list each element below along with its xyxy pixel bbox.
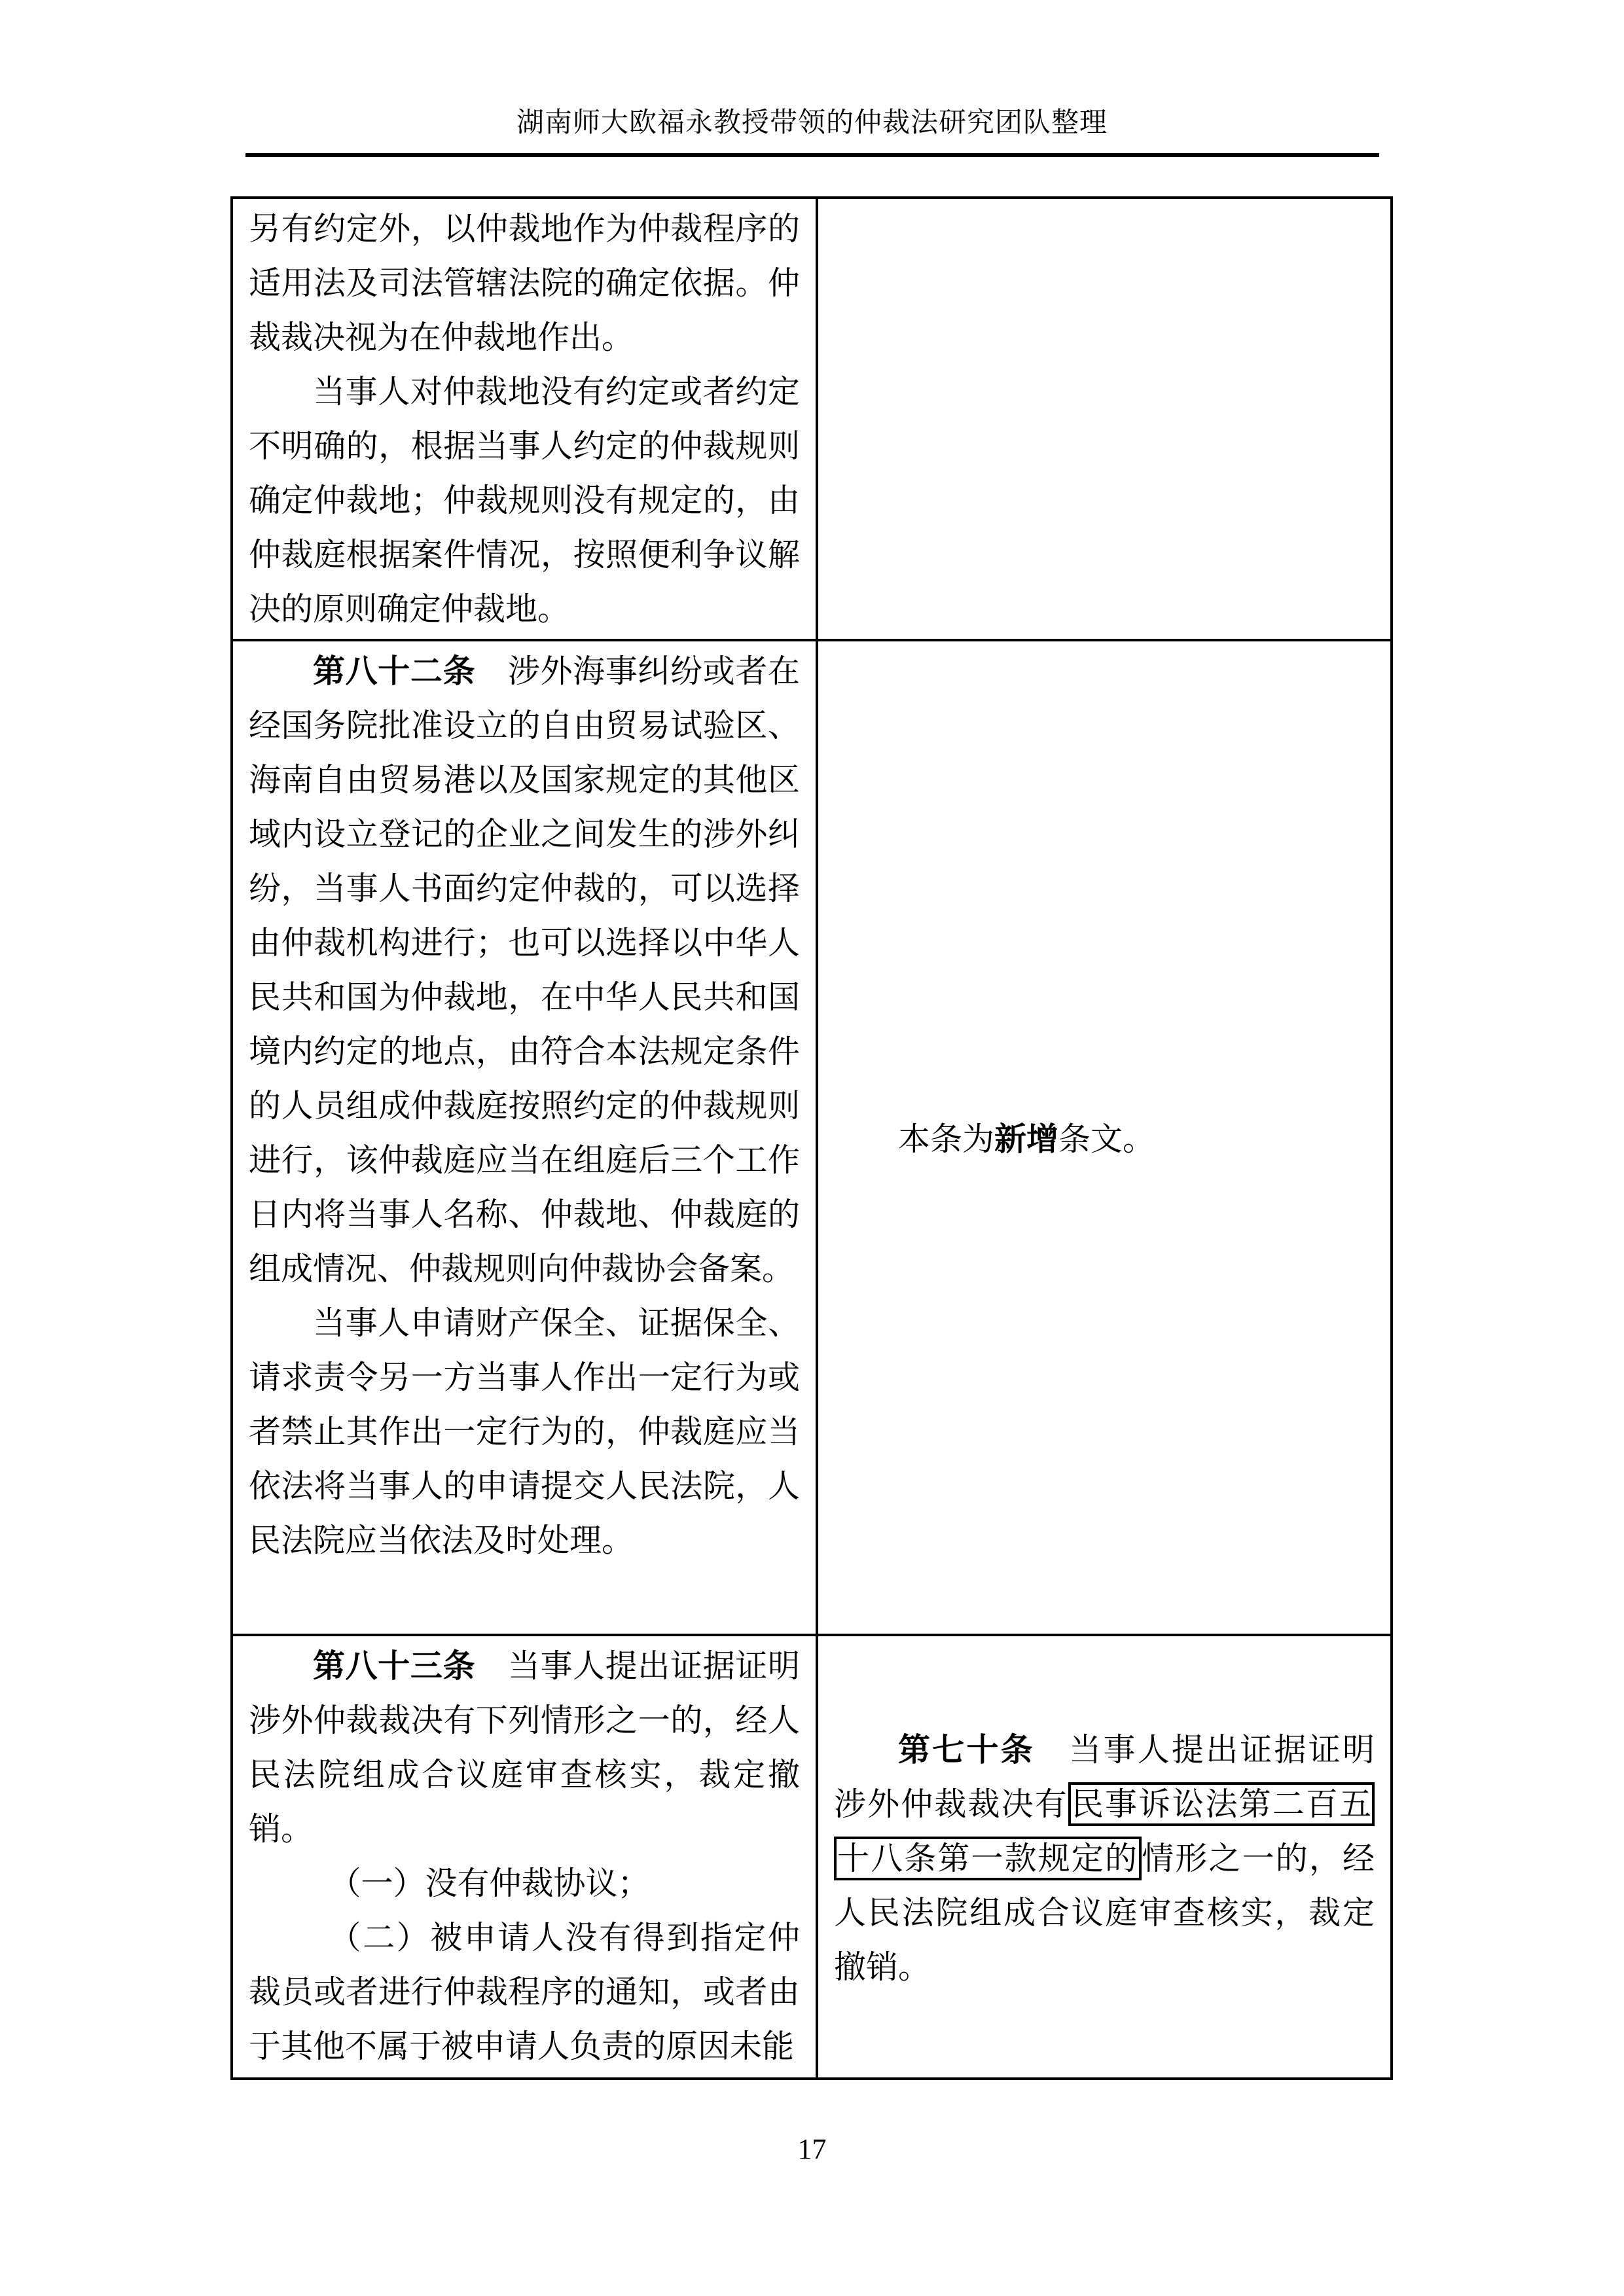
cell-row3-right: 第七十条 当事人提出证据证明涉外仲裁裁决有民事诉讼法第二百五十八条第一款规定的情… xyxy=(818,1636,1390,2077)
paragraph: 第八十二条 涉外海事纠纷或者在经国务院批准设立的自由贸易试验区、海南自由贸易港以… xyxy=(249,644,800,1296)
header-title: 湖南师大欧福永教授带领的仲裁法研究团队整理 xyxy=(0,103,1624,143)
article-number-bold: 第八十三条 xyxy=(313,1648,475,1684)
text-run: 本条为 xyxy=(898,1121,994,1157)
paragraph: 当事人申请财产保全、证据保全、请求责令另一方当事人作出一定行为或者禁止其作出一定… xyxy=(249,1296,800,1568)
text-run: （二）被申请人没有得到指定仲裁员或者进行仲裁程序的通知，或者由于其他不属于被申请… xyxy=(249,1920,800,2064)
cell-row1-left: 另有约定外，以仲裁地作为仲裁程序的适用法及司法管辖法院的确定依据。仲裁裁决视为在… xyxy=(233,199,818,641)
cell-row2-left: 第八十二条 涉外海事纠纷或者在经国务院批准设立的自由贸易试验区、海南自由贸易港以… xyxy=(233,641,818,1636)
paragraph: （二）被申请人没有得到指定仲裁员或者进行仲裁程序的通知，或者由于其他不属于被申请… xyxy=(249,1910,800,2073)
paragraph: （一）没有仲裁协议； xyxy=(249,1856,800,1910)
paragraph: 第八十三条 当事人提出证据证明涉外仲裁裁决有下列情形之一的，经人民法院组成合议庭… xyxy=(249,1639,800,1856)
article-number-bold: 第七十条 xyxy=(898,1732,1035,1768)
cell-row1-right xyxy=(818,199,1390,641)
text-run: 当事人对仲裁地没有约定或者约定不明确的，根据当事人约定的仲裁规则确定仲裁地；仲裁… xyxy=(249,374,800,627)
cell-row3-left: 第八十三条 当事人提出证据证明涉外仲裁裁决有下列情形之一的，经人民法院组成合议庭… xyxy=(233,1636,818,2077)
paragraph: 当事人对仲裁地没有约定或者约定不明确的，根据当事人约定的仲裁规则确定仲裁地；仲裁… xyxy=(249,365,800,636)
text-run: 当事人申请财产保全、证据保全、请求责令另一方当事人作出一定行为或者禁止其作出一定… xyxy=(249,1305,800,1558)
comparison-table: 另有约定外，以仲裁地作为仲裁程序的适用法及司法管辖法院的确定依据。仲裁裁决视为在… xyxy=(230,196,1393,2080)
paragraph: 第七十条 当事人提出证据证明涉外仲裁裁决有民事诉讼法第二百五十八条第一款规定的情… xyxy=(834,1723,1375,1994)
text-run: （一）没有仲裁协议； xyxy=(329,1865,650,1901)
article-number-bold: 新增 xyxy=(994,1121,1058,1157)
text-run: 另有约定外，以仲裁地作为仲裁程序的适用法及司法管辖法院的确定依据。仲裁裁决视为在… xyxy=(249,211,800,355)
header-rule xyxy=(245,153,1379,157)
cell-row2-right: 本条为新增条文。 xyxy=(818,641,1390,1636)
text-run: 涉外海事纠纷或者在经国务院批准设立的自由贸易试验区、海南自由贸易港以及国家规定的… xyxy=(249,653,800,1287)
paragraph: 另有约定外，以仲裁地作为仲裁程序的适用法及司法管辖法院的确定依据。仲裁裁决视为在… xyxy=(249,202,800,365)
paragraph: 本条为新增条文。 xyxy=(834,1112,1375,1166)
page-number: 17 xyxy=(0,2132,1624,2166)
article-number-bold: 第八十二条 xyxy=(313,653,475,689)
text-run: 条文。 xyxy=(1058,1121,1155,1157)
